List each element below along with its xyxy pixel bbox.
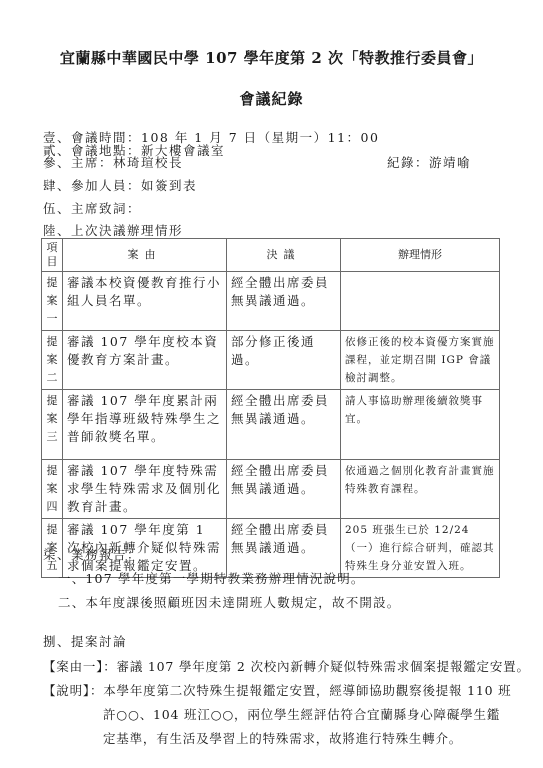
case-one: 【案由一】：審議 107 學年度第 2 次校內新轉介疑似特殊需求個案提報鑑定安置… bbox=[43, 657, 530, 675]
explanation-line-3: 定基準，有生活及學習上的特殊需求，故將進行特殊生轉介。 bbox=[103, 729, 462, 747]
meeting-chair: 參、主席：林琦瑄校長 bbox=[43, 153, 183, 171]
row-subject: 審議本校資優教育推行小組人員名單。 bbox=[63, 272, 227, 331]
row-status bbox=[341, 272, 500, 331]
business-report-item: 二、本年度課後照顧班因未達開班人數規定，故不開設。 bbox=[58, 593, 401, 611]
table-row: 提案一 審議本校資優教育推行小組人員名單。 經全體出席委員無異議通過。 bbox=[42, 272, 500, 331]
meeting-recorder: 紀錄：游靖喻 bbox=[387, 153, 471, 171]
document-title: 宜蘭縣中華國民中學 107 學年度第 2 次「特教推行委員會」 bbox=[0, 47, 543, 68]
business-report-heading: 柒、業務報告： bbox=[43, 545, 141, 563]
row-status: 依修正後的校本資優方案實施課程，並定期召開 IGP 會議檢討調整。 bbox=[341, 331, 500, 390]
row-subject: 審議 107 學年度校本資優教育方案計畫。 bbox=[63, 331, 227, 390]
row-resolution: 經全體出席委員無異議通過。 bbox=[227, 272, 341, 331]
table-row: 提案四 審議 107 學年度特殊需求學生特殊需求及個別化教育計畫。 經全體出席委… bbox=[42, 460, 500, 519]
row-status: 依通過之個別化教育計畫實施特殊教育課程。 bbox=[341, 460, 500, 519]
row-resolution: 經全體出席委員無異議通過。 bbox=[227, 460, 341, 519]
header-item: 項目 bbox=[42, 239, 63, 272]
row-item: 提案二 bbox=[42, 331, 63, 390]
business-report-item: 一、107 學年度第一學期特教業務辦理情況說明。 bbox=[58, 569, 365, 587]
row-status: 請人事協助辦理後續敘獎事宜。 bbox=[341, 390, 500, 460]
chair-speech: 伍、主席致詞： bbox=[43, 199, 141, 217]
row-resolution: 經全體出席委員無異議通過。 bbox=[227, 390, 341, 460]
row-item: 提案四 bbox=[42, 460, 63, 519]
previous-resolutions-heading: 陸、上次決議辦理情形 bbox=[43, 221, 183, 239]
document-subtitle: 會議紀錄 bbox=[0, 88, 543, 109]
meeting-attendees: 肆、參加人員：如簽到表 bbox=[43, 176, 197, 194]
row-item: 提案三 bbox=[42, 390, 63, 460]
proposals-heading: 捌、提案討論 bbox=[43, 632, 127, 650]
row-item: 提案一 bbox=[42, 272, 63, 331]
table-header-row: 項目 案由 決議 辦理情形 bbox=[42, 239, 500, 272]
explanation-line-1: 【說明】：本學年度第二次特殊生提報鑑定安置，經導師協助觀察後提報 110 班 bbox=[43, 681, 511, 699]
explanation-line-2: 許○○、104 班江○○，兩位學生經評估符合宜蘭縣身心障礙學生鑑 bbox=[103, 705, 500, 723]
row-subject: 審議 107 學年度累計兩學年指導班級特殊學生之普師敘獎名單。 bbox=[63, 390, 227, 460]
header-status: 辦理情形 bbox=[341, 239, 500, 272]
table-row: 提案三 審議 107 學年度累計兩學年指導班級特殊學生之普師敘獎名單。 經全體出… bbox=[42, 390, 500, 460]
row-subject: 審議 107 學年度特殊需求學生特殊需求及個別化教育計畫。 bbox=[63, 460, 227, 519]
table-row: 提案二 審議 107 學年度校本資優教育方案計畫。 部分修正後通過。 依修正後的… bbox=[42, 331, 500, 390]
row-resolution: 部分修正後通過。 bbox=[227, 331, 341, 390]
resolutions-table: 項目 案由 決議 辦理情形 提案一 審議本校資優教育推行小組人員名單。 經全體出… bbox=[41, 238, 500, 578]
header-subject: 案由 bbox=[63, 239, 227, 272]
header-resolution: 決議 bbox=[227, 239, 341, 272]
